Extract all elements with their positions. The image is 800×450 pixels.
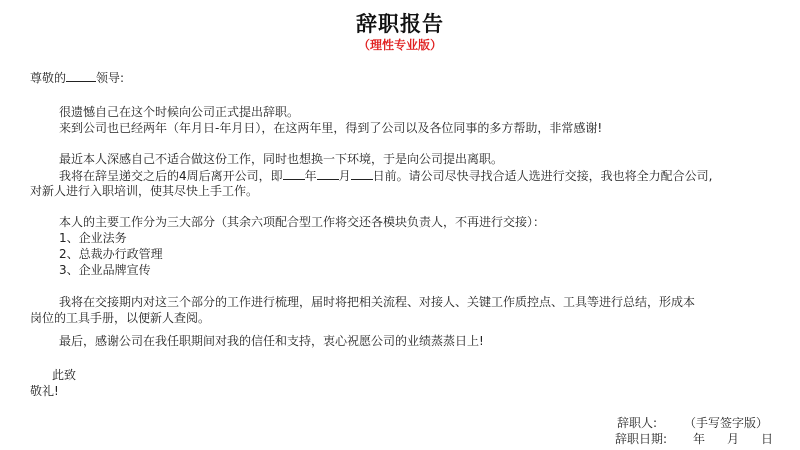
- closing-line-2: 敬礼!: [30, 383, 59, 399]
- paragraph-4-line-2: 对新人进行入职培训，使其尽快上手工作。: [30, 183, 258, 199]
- signature-date-day: 日: [761, 431, 773, 447]
- paragraph-3: 最近本人深感自己不适合做这份工作，同时也想换一下环境，于是向公司提出离职。: [59, 151, 503, 167]
- signature-date-year: 年: [693, 431, 705, 447]
- month-blank: [317, 167, 339, 180]
- list-item-2: 2、总裁办行政管理: [59, 246, 163, 262]
- year-label: 年: [305, 169, 317, 183]
- salutation: 尊敬的领导:: [30, 69, 124, 86]
- salutation-suffix: 领导:: [96, 71, 124, 85]
- closing-line-1: 此致: [52, 367, 76, 383]
- paragraph-7: 最后，感谢公司在我任职期间对我的信任和支持，衷心祝愿公司的业绩蒸蒸日上!: [59, 333, 484, 349]
- day-label: 日前。请公司尽快寻找合适人选进行交接，我也将全力配合公司,: [373, 169, 713, 183]
- document-title: 辞职报告: [0, 8, 800, 38]
- paragraph-2: 来到公司也已经两年（年月日-年月日），在这两年里，得到了公司以及各位同事的多方帮…: [59, 120, 602, 136]
- paragraph-5: 本人的主要工作分为三大部分（其余六项配合型工作将交还各模块负责人，不再进行交接）…: [59, 214, 545, 230]
- paragraph-6-line-2: 岗位的工具手册，以便新人查阅。: [30, 310, 210, 326]
- paragraph-1: 很遗憾自己在这个时候向公司正式提出辞职。: [59, 104, 299, 120]
- day-blank: [351, 167, 373, 180]
- list-item-3: 3、企业品牌宣传: [59, 262, 151, 278]
- signature-date-label: 辞职日期:: [615, 431, 667, 447]
- signature-date-month: 月: [727, 431, 739, 447]
- paragraph-4-line-1: 我将在辞呈递交之后的4周后离开公司，即年月日前。请公司尽快寻找合适人选进行交接，…: [59, 167, 713, 184]
- recipient-blank: [66, 69, 96, 82]
- signature-name-value: （手写签字版）: [684, 415, 768, 431]
- paragraph-4-text: 我将在辞呈递交之后的4周后离开公司，即: [59, 169, 283, 183]
- document-subtitle: （理性专业版）: [0, 36, 800, 53]
- salutation-prefix: 尊敬的: [30, 71, 66, 85]
- signature-name-label: 辞职人:: [617, 415, 657, 431]
- month-label: 月: [339, 169, 351, 183]
- paragraph-6-line-1: 我将在交接期内对这三个部分的工作进行梳理，届时将把相关流程、对接人、关键工作质控…: [59, 294, 695, 310]
- year-blank: [283, 167, 305, 180]
- list-item-1: 1、企业法务: [59, 230, 127, 246]
